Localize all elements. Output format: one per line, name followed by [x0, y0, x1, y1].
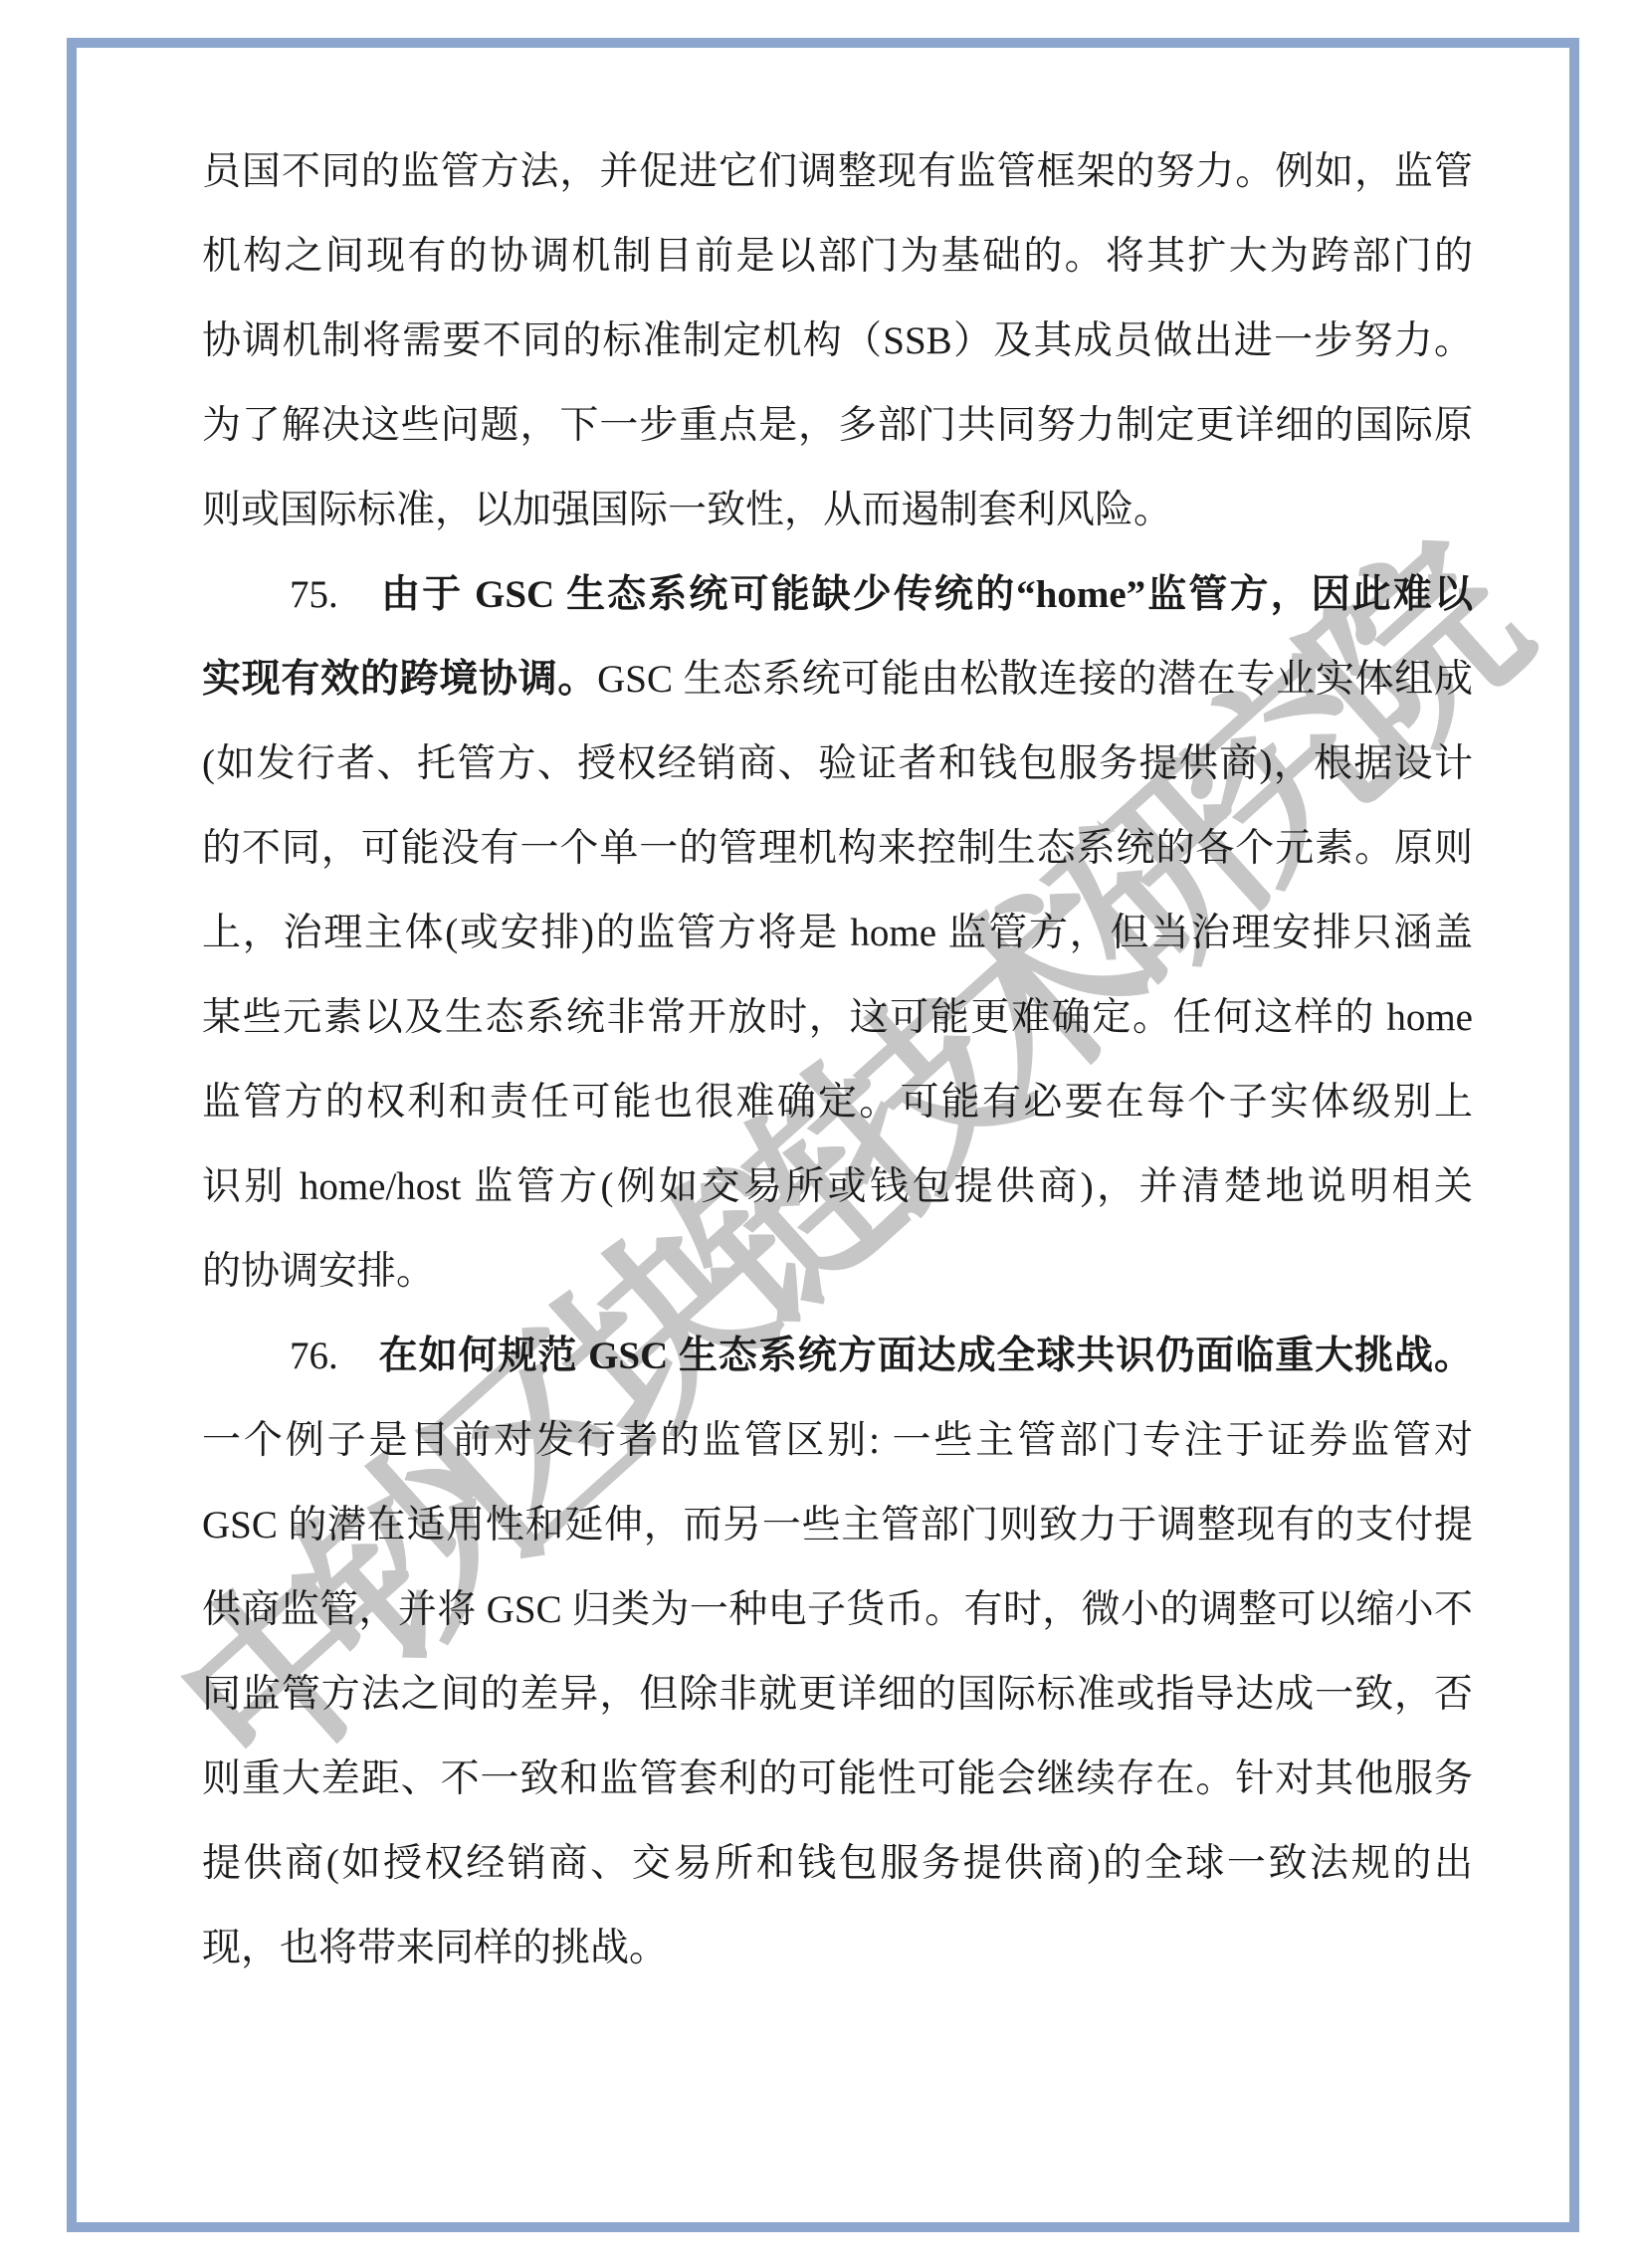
text-run: 则或国际标准，以加强国际一致性，从而遏制套利风险。 — [202, 489, 1172, 531]
text-line: 一个例子是目前对发行者的监管区别: 一些主管部门专注于证券监管对 — [202, 1398, 1473, 1483]
text-run: 提供商(如授权经销商、交易所和钱包服务提供商)的全球一致法规的出 — [202, 1842, 1473, 1885]
text-line: 同监管方法之间的差异，但除非就更详细的国际标准或指导达成一致，否 — [202, 1652, 1473, 1737]
text-run-bold: 在如何规范 GSC 生态系统方面达成全球共识仍面临重大挑战。 — [379, 1335, 1473, 1377]
document-content: 员国不同的监管方法，并促进它们调整现有监管框架的努力。例如，监管机构之间现有的协… — [202, 129, 1473, 1990]
text-line: 提供商(如授权经销商、交易所和钱包服务提供商)的全球一致法规的出 — [202, 1821, 1473, 1906]
text-run: 上，治理主体(或安排)的监管方将是 home 监管方，但当治理安排只涵盖 — [202, 912, 1473, 954]
text-run: 同监管方法之间的差异，但除非就更详细的国际标准或指导达成一致，否 — [202, 1673, 1473, 1716]
text-line: 供商监管，并将 GSC 归类为一种电子货币。有时，微小的调整可以缩小不 — [202, 1567, 1473, 1652]
text-line: 的协调安排。 — [202, 1229, 1473, 1314]
text-run: 75. — [290, 573, 381, 616]
text-line: 为了解决这些问题，下一步重点是，多部门共同努力制定更详细的国际原 — [202, 383, 1473, 468]
text-run: GSC 生态系统可能由松散连接的潜在专业实体组成 — [597, 658, 1473, 701]
text-run: 某些元素以及生态系统非常开放时，这可能更难确定。任何这样的 home — [202, 996, 1473, 1039]
text-line: 实现有效的跨境协调。GSC 生态系统可能由松散连接的潜在专业实体组成 — [202, 637, 1473, 722]
text-run: 识别 home/host 监管方(例如交易所或钱包提供商)，并清楚地说明相关 — [202, 1165, 1473, 1208]
text-line: GSC 的潜在适用性和延伸，而另一些主管部门则致力于调整现有的支付提 — [202, 1483, 1473, 1567]
text-line: 某些元素以及生态系统非常开放时，这可能更难确定。任何这样的 home — [202, 975, 1473, 1060]
text-run: 的不同，可能没有一个单一的管理机构来控制生态系统的各个元素。原则 — [202, 827, 1473, 870]
text-run: GSC 的潜在适用性和延伸，而另一些主管部门则致力于调整现有的支付提 — [202, 1504, 1473, 1546]
text-run: 机构之间现有的协调机制目前是以部门为基础的。将其扩大为跨部门的 — [202, 235, 1473, 278]
text-run-bold: 实现有效的跨境协调。 — [202, 658, 597, 701]
text-line: 75. 由于 GSC 生态系统可能缺少传统的“home”监管方，因此难以 — [202, 552, 1473, 637]
text-line: 识别 home/host 监管方(例如交易所或钱包提供商)，并清楚地说明相关 — [202, 1144, 1473, 1229]
text-line: (如发行者、托管方、授权经销商、验证者和钱包服务提供商)，根据设计 — [202, 722, 1473, 806]
text-run: 员国不同的监管方法，并促进它们调整现有监管框架的努力。例如，监管 — [202, 150, 1473, 193]
text-run: 的协调安排。 — [202, 1250, 435, 1293]
text-line: 协调机制将需要不同的标准制定机构（SSB）及其成员做出进一步努力。 — [202, 299, 1473, 383]
text-run: 76. — [290, 1335, 379, 1377]
text-line: 的不同，可能没有一个单一的管理机构来控制生态系统的各个元素。原则 — [202, 806, 1473, 891]
text-line: 员国不同的监管方法，并促进它们调整现有监管框架的努力。例如，监管 — [202, 129, 1473, 214]
text-run: 一个例子是目前对发行者的监管区别: 一些主管部门专注于证券监管对 — [202, 1419, 1473, 1462]
document-page: { "page": { "background": "#ffffff", "bo… — [0, 0, 1645, 2268]
text-line: 则或国际标准，以加强国际一致性，从而遏制套利风险。 — [202, 468, 1473, 552]
text-run: 则重大差距、不一致和监管套利的可能性可能会继续存在。针对其他服务 — [202, 1757, 1473, 1800]
text-line: 监管方的权利和责任可能也很难确定。可能有必要在每个子实体级别上 — [202, 1060, 1473, 1144]
text-run-bold: 由于 GSC 生态系统可能缺少传统的“home”监管方，因此难以 — [381, 573, 1473, 616]
text-run: 监管方的权利和责任可能也很难确定。可能有必要在每个子实体级别上 — [202, 1081, 1473, 1124]
text-line: 上，治理主体(或安排)的监管方将是 home 监管方，但当治理安排只涵盖 — [202, 891, 1473, 975]
text-line: 现，也将带来同样的挑战。 — [202, 1906, 1473, 1990]
text-run: 供商监管，并将 GSC 归类为一种电子货币。有时，微小的调整可以缩小不 — [202, 1588, 1473, 1631]
text-run: 协调机制将需要不同的标准制定机构（SSB）及其成员做出进一步努力。 — [202, 319, 1473, 362]
text-line: 机构之间现有的协调机制目前是以部门为基础的。将其扩大为跨部门的 — [202, 214, 1473, 299]
text-run: 为了解决这些问题，下一步重点是，多部门共同努力制定更详细的国际原 — [202, 404, 1473, 447]
text-line: 则重大差距、不一致和监管套利的可能性可能会继续存在。针对其他服务 — [202, 1737, 1473, 1821]
text-run: (如发行者、托管方、授权经销商、验证者和钱包服务提供商)，根据设计 — [202, 742, 1473, 785]
text-line: 76. 在如何规范 GSC 生态系统方面达成全球共识仍面临重大挑战。 — [202, 1314, 1473, 1398]
text-run: 现，也将带来同样的挑战。 — [202, 1927, 668, 1969]
